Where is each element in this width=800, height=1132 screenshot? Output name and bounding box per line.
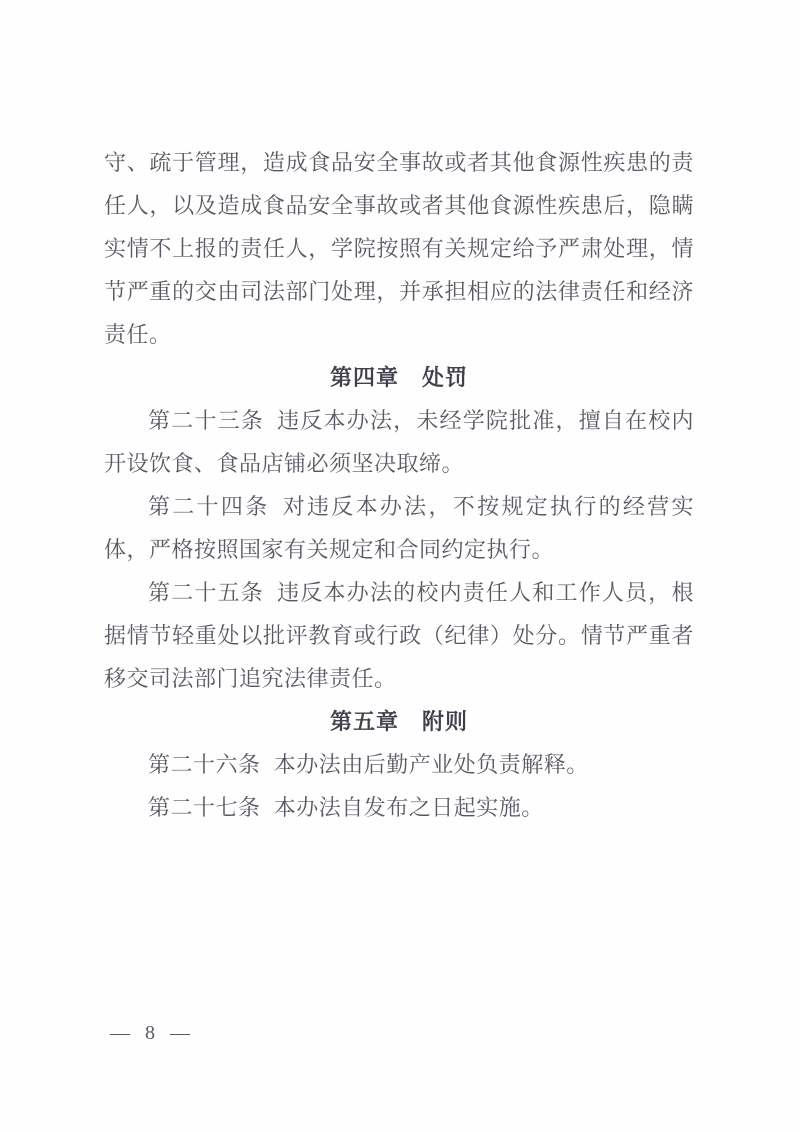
article-23-number: 第二十三条 [148,408,264,433]
article-24: 第二十四条对违反本办法，不按规定执行的经营实体，严格按照国家有关规定和合同约定执… [104,485,694,571]
article-26: 第二十六条本办法由后勤产业处负责解释。 [104,743,694,786]
article-26-number: 第二十六条 [148,752,261,777]
article-24-number: 第二十四条 [148,494,270,519]
article-27: 第二十七条本办法自发布之日起实施。 [104,786,694,829]
chapter-5-heading: 第五章 附则 [104,700,694,743]
article-27-number: 第二十七条 [148,795,261,820]
document-page: 守、疏于管理，造成食品安全事故或者其他食源性疾患的责任人，以及造成食品安全事故或… [0,0,800,1132]
article-27-text: 本办法自发布之日起实施。 [274,795,544,820]
article-25: 第二十五条违反本办法的校内责任人和工作人员，根据情节轻重处以批评教育或行政（纪律… [104,571,694,700]
page-number: — 8 — [110,1019,195,1047]
article-26-text: 本办法由后勤产业处负责解释。 [274,752,589,777]
chapter-4-heading: 第四章 处罚 [104,356,694,399]
article-25-number: 第二十五条 [148,580,264,605]
document-body: 守、疏于管理，造成食品安全事故或者其他食源性疾患的责任人，以及造成食品安全事故或… [104,141,694,829]
continuation-paragraph: 守、疏于管理，造成食品安全事故或者其他食源性疾患的责任人，以及造成食品安全事故或… [104,141,694,356]
article-23: 第二十三条违反本办法，未经学院批准，擅自在校内开设饮食、食品店铺必须坚决取缔。 [104,399,694,485]
